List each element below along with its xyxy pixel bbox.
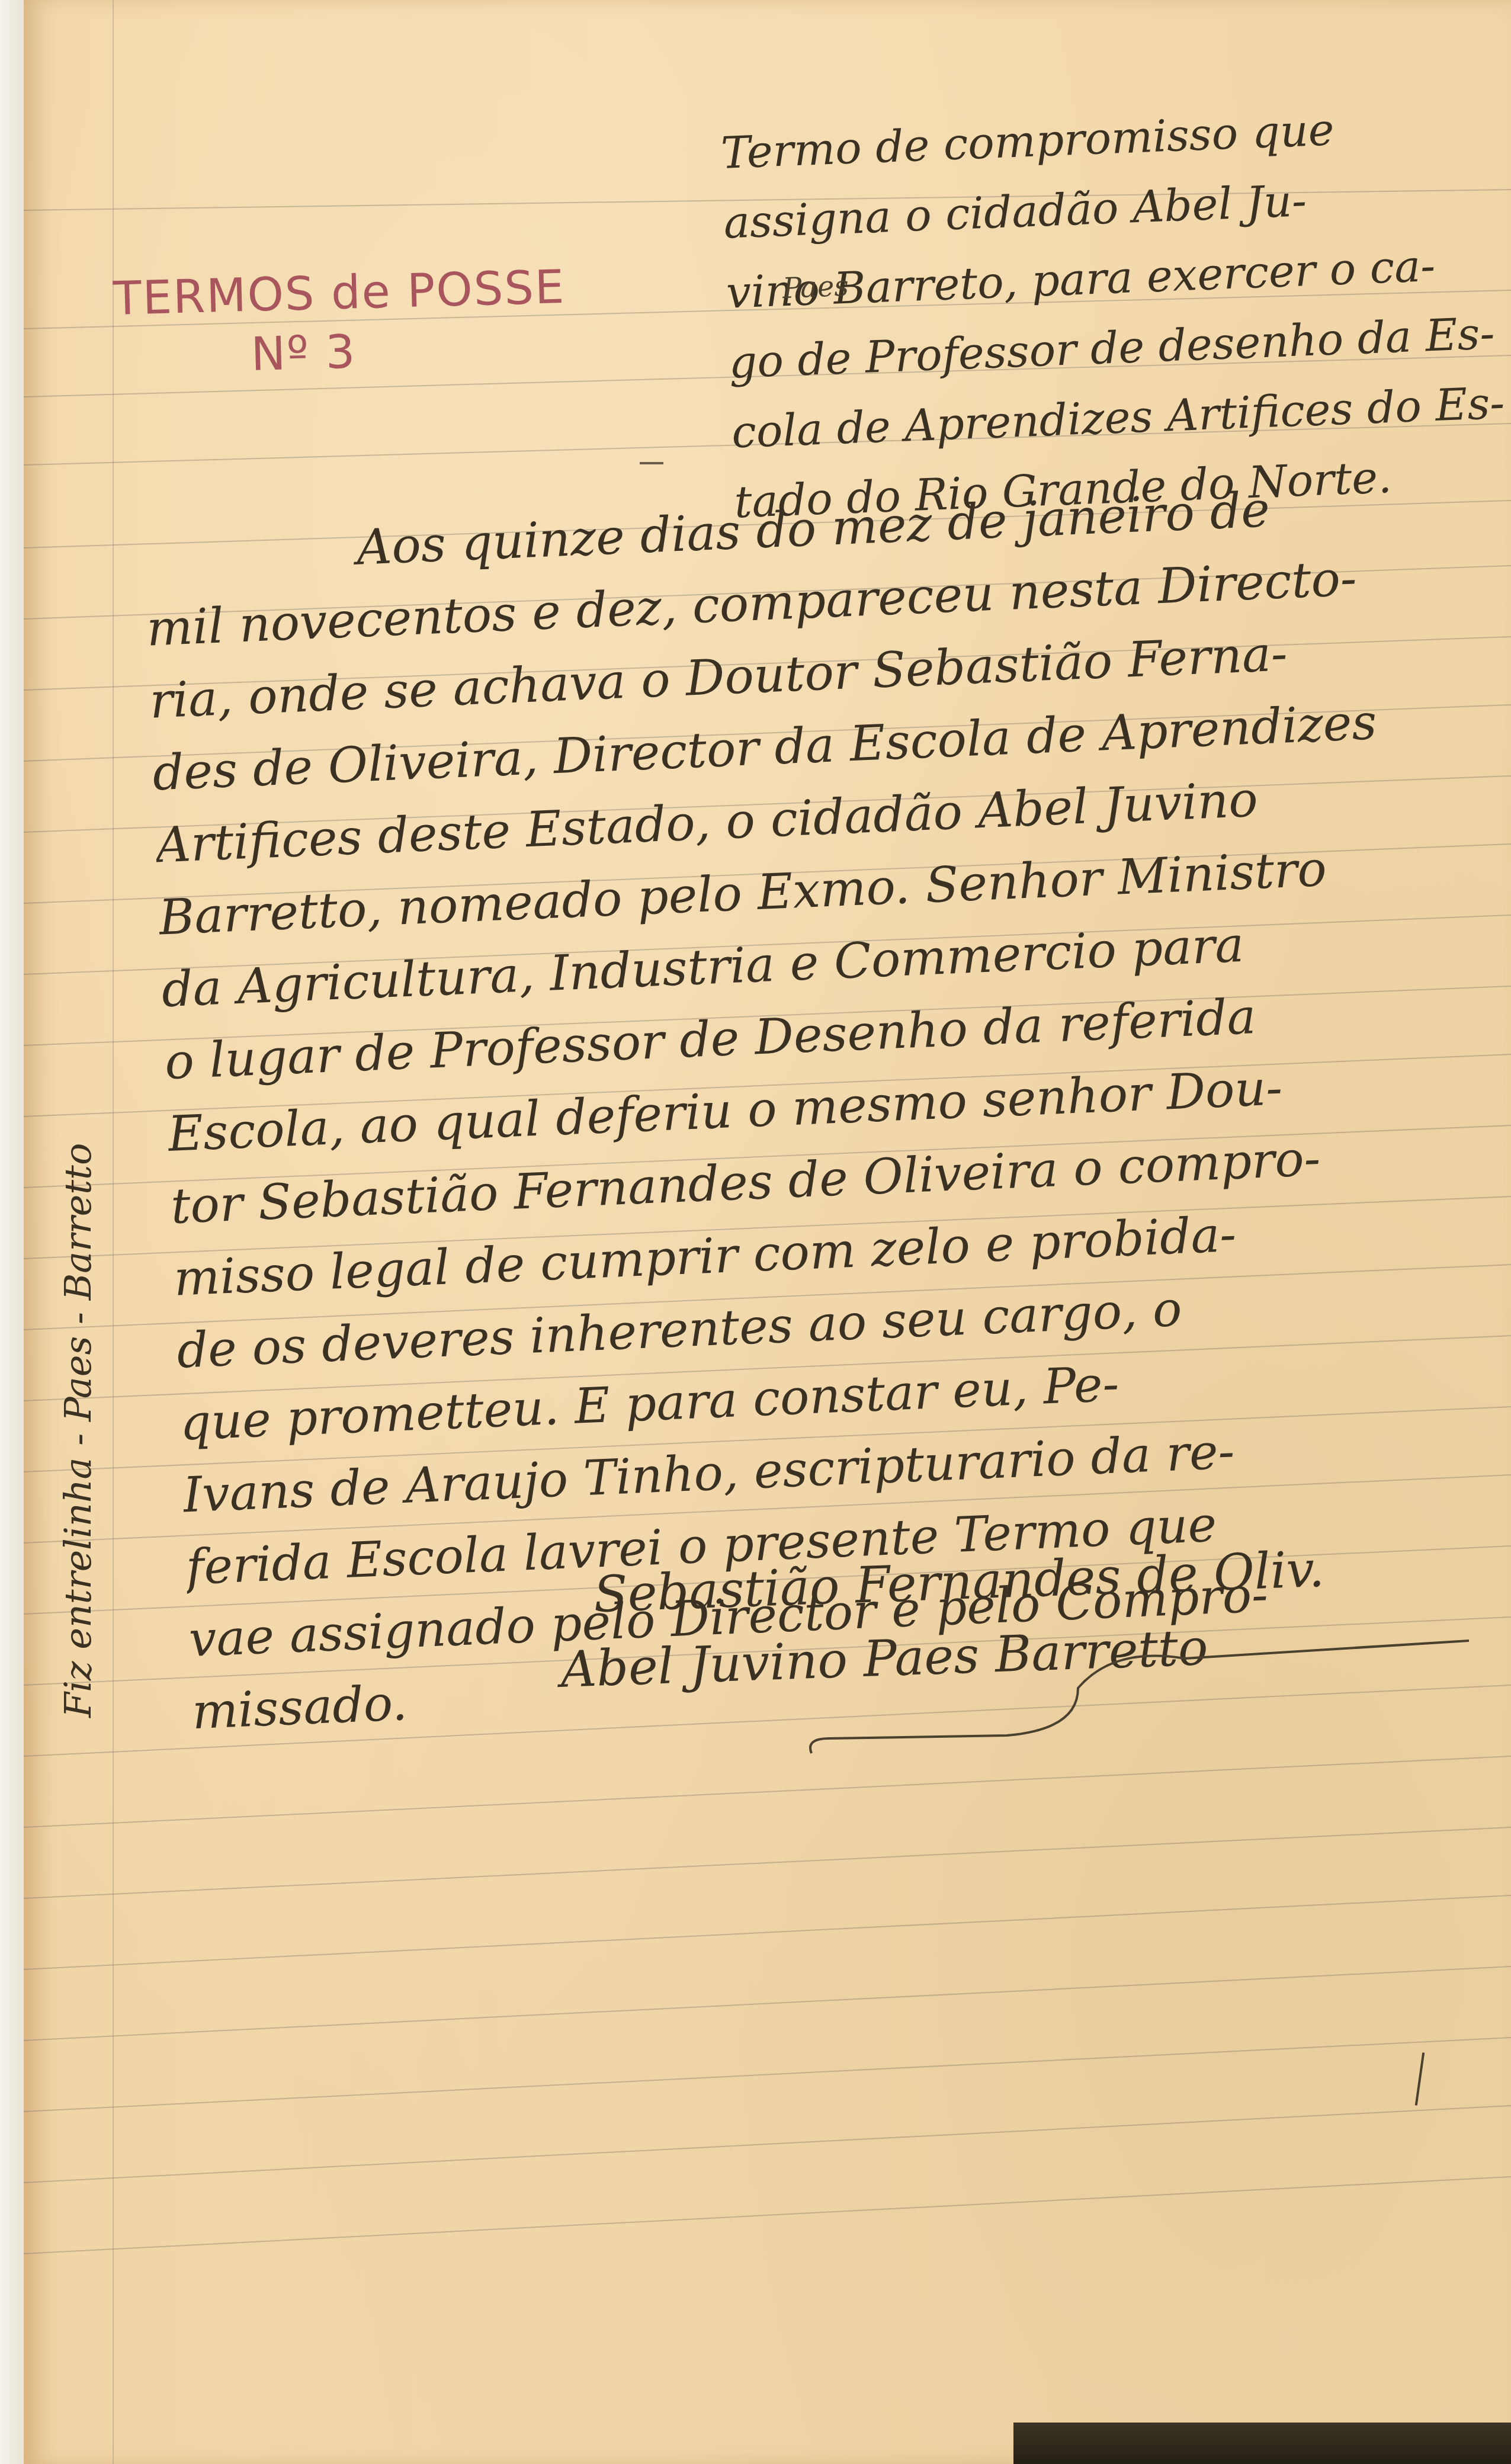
interlinear-insertion: Paes <box>781 251 850 323</box>
margin-rule <box>113 0 114 2464</box>
signature-flourish <box>592 1635 1481 1765</box>
dash-mark <box>640 462 663 464</box>
register-heading: TERMOS de POSSE Nº 3 <box>113 261 567 385</box>
heading-title: TERMOS de POSSE <box>113 261 566 326</box>
scan-background-corner <box>1013 2423 1511 2464</box>
margin-note: Fiz entrelinha - Paes - Barretto <box>56 1143 100 1718</box>
scan-background-edge <box>0 0 24 2464</box>
heading-number: Nº 3 <box>251 320 567 381</box>
